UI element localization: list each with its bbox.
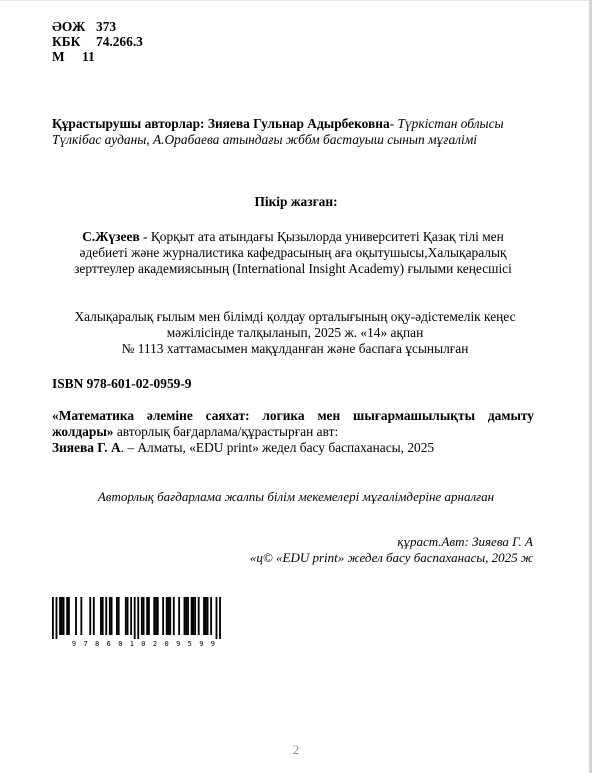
lbc-row: КБК74.266.3 <box>52 34 143 49</box>
udc-label: ӘОЖ <box>52 19 96 34</box>
imprint-compiler: құраст.Авт: Зияева Г. А <box>250 534 533 550</box>
citation-author: Зияева Г. А <box>52 440 121 455</box>
reviewer-heading: Пікір жазған: <box>0 194 592 210</box>
svg-text:8: 8 <box>95 640 99 648</box>
udc-row: ӘОЖ373 <box>52 19 143 34</box>
svg-text:2: 2 <box>153 640 157 648</box>
imprint-copyright: «ц© «EDU print» жедел басу баспаханасы, … <box>250 550 533 566</box>
reviewer-info: С.Жүзеев - Қорқыт ата атындағы Қызылорда… <box>58 229 528 277</box>
barcode-icon: 9786010209599 <box>52 597 228 649</box>
udc-value: 373 <box>96 19 116 34</box>
imprint: құраст.Авт: Зияева Г. А «ц© «EDU print» … <box>250 534 533 566</box>
approval-line-2: мәжілісінде талқыланып, 2025 ж. «14» ақп… <box>50 325 540 341</box>
authors-label: Құрастырушы авторлар: <box>52 116 205 131</box>
approval-line-1: Халықаралық ғылым мен білімді қолдау орт… <box>50 309 540 325</box>
lbc-label: КБК <box>52 34 96 49</box>
svg-text:9: 9 <box>72 640 76 648</box>
svg-text:9: 9 <box>176 640 180 648</box>
reviewer-name: С.Жүзеев <box>82 229 139 244</box>
isbn-barcode: 9786010209599 <box>52 597 228 649</box>
svg-text:5: 5 <box>188 640 192 648</box>
author-mark-row: М11 <box>52 49 143 64</box>
svg-text:0: 0 <box>118 640 122 648</box>
author-mark-value: 11 <box>82 49 95 64</box>
author-name: Зияева Гульнар Адырбековна <box>208 116 390 131</box>
svg-text:1: 1 <box>130 640 134 648</box>
page-number: 2 <box>0 742 592 758</box>
citation-title-end: жолдары» <box>52 424 113 439</box>
bibliographic-citation: «Математика әлеміне саяхат: логика мен ш… <box>52 408 534 456</box>
authors-dash: - <box>390 116 394 131</box>
isbn: ISBN 978-601-02-0959-9 <box>52 376 191 392</box>
svg-text:9: 9 <box>211 640 215 648</box>
classification-codes: ӘОЖ373 КБК74.266.3 М11 <box>52 19 143 64</box>
svg-text:9: 9 <box>199 640 203 648</box>
approval-line-3: № 1113 хаттамасымен мақұлданған және бас… <box>50 341 540 357</box>
compiling-authors: Құрастырушы авторлар: Зияева Гульнар Ады… <box>52 116 542 148</box>
document-page: ӘОЖ373 КБК74.266.3 М11 Құрастырушы автор… <box>0 0 590 773</box>
author-mark-label: М <box>52 49 82 64</box>
svg-text:7: 7 <box>83 640 87 648</box>
reviewer-description: - Қорқыт ата атындағы Қызылорда универси… <box>74 229 512 276</box>
svg-text:0: 0 <box>141 640 145 648</box>
svg-text:6: 6 <box>107 640 111 648</box>
lbc-value: 74.266.3 <box>96 34 143 49</box>
citation-subtitle: авторлық бағдарлама/құрастырған авт: <box>113 424 338 439</box>
citation-publisher: . – Алматы, «EDU print» жедел басу баспа… <box>121 440 435 455</box>
svg-text:0: 0 <box>164 640 168 648</box>
citation-title: «Математика әлеміне саяхат: логика мен ш… <box>52 408 534 424</box>
intended-audience: Авторлық бағдарлама жалпы білім мекемеле… <box>0 489 592 505</box>
approval-statement: Халықаралық ғылым мен білімді қолдау орт… <box>50 309 540 357</box>
